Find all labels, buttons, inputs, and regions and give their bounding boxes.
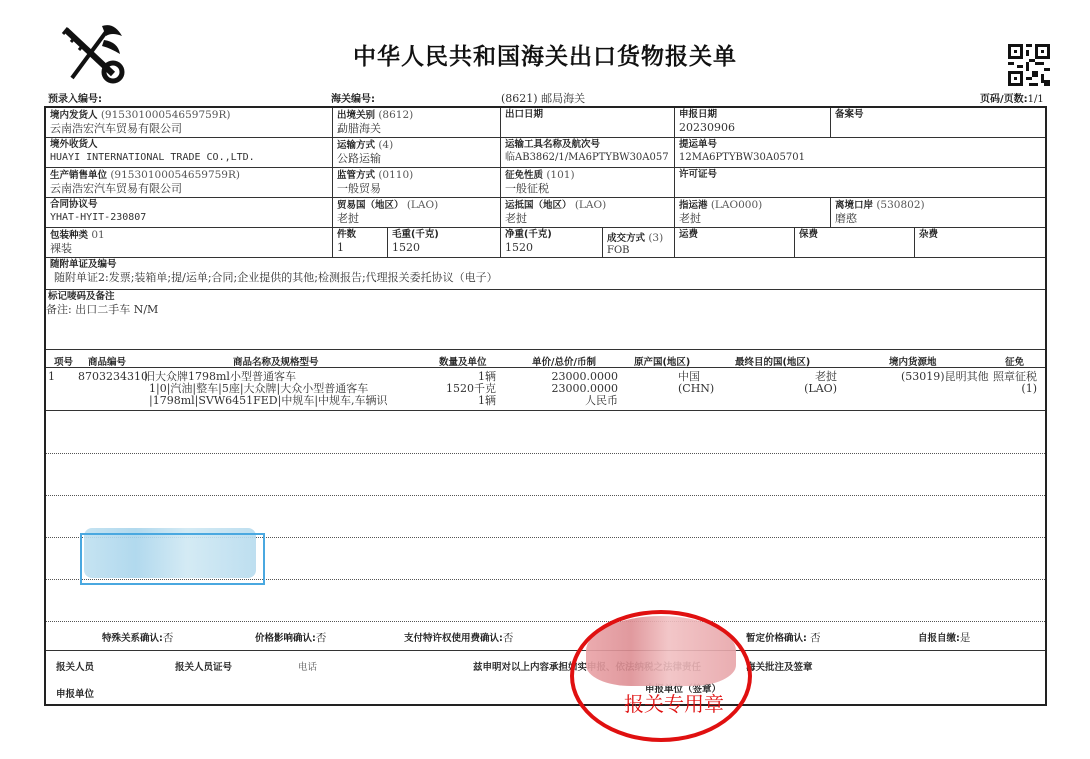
price-line: 人民币 — [585, 395, 618, 407]
goods-name-line: 旧大众牌1798ml小型普通客车 — [144, 371, 296, 383]
declare-unit-label: 申报单位 — [56, 686, 94, 700]
origin-line: 中国 — [678, 371, 700, 383]
field-pieces: 件数 1 — [333, 228, 388, 258]
field-misc-fee: 杂费 — [915, 228, 1045, 258]
field-tax-nature: 征免性质 (101) 一般征税 — [501, 168, 675, 198]
field-exit-port: 出境关别 (8612) 勐腊海关 — [333, 108, 501, 138]
qty-line: 1辆 — [478, 371, 496, 383]
document-title: 中华人民共和国海关出口货物报关单 — [0, 38, 1090, 71]
field-net-weight: 净重(千克) 1520 — [501, 228, 603, 258]
self-report-confirm: 自报自缴:是 — [918, 630, 970, 645]
declaration-form: 境内发货人 (91530100054659759R) 云南浩宏汽车贸易有限公司 … — [44, 106, 1047, 706]
col-hs-code: 商品编号 — [88, 354, 126, 368]
field-export-date: 出口日期 — [501, 108, 675, 138]
customs-office: (8621) 邮局海关 — [501, 90, 585, 106]
field-bill-no: 提运单号 12MA6PTYBW30A05701 — [675, 138, 1045, 168]
field-dest-port: 指运港 (LAO000) 老挝 — [675, 198, 831, 228]
qty-line: 1辆 — [478, 395, 496, 407]
red-seal-stamp — [570, 610, 752, 742]
hs-code: 8703234310 — [78, 371, 148, 383]
price-influence-confirm: 价格影响确认:否 — [255, 630, 326, 645]
field-dest-country: 运抵国（地区） (LAO) 老挝 — [501, 198, 675, 228]
col-origin: 原产国(地区) — [634, 354, 690, 368]
field-package-type: 包装种类 01 裸装 — [46, 228, 333, 258]
final-dest-line: (LAO) — [804, 383, 837, 395]
field-trade-country: 贸易国（地区） (LAO) 老挝 — [333, 198, 501, 228]
goods-name-line: |1798ml|SVW6451FED|中规车|中规车,车辆识 — [149, 395, 388, 407]
qty-line: 1520千克 — [446, 383, 496, 395]
field-license-no: 许可证号 — [675, 168, 1045, 198]
special-relation-confirm: 特殊关系确认:否 — [102, 630, 173, 645]
field-transport-tool: 运输工具名称及航次号 临AB3862/1/MA6PTYBW30A057 — [501, 138, 675, 168]
page-label: 页码/页数: — [980, 94, 1028, 105]
final-dest-line: 老挝 — [815, 371, 837, 383]
declarant-label: 报关人员 — [56, 659, 94, 673]
price-line: 23000.0000 — [552, 383, 618, 395]
field-record-no: 备案号 — [831, 108, 1045, 138]
field-marks: 标记唛码及备注 备注: 出口二手车 N/M — [46, 290, 1045, 350]
field-transaction: 成交方式 (3) FOB — [603, 228, 675, 258]
field-freight: 运费 — [675, 228, 795, 258]
col-final-dest: 最终目的国(地区) — [735, 354, 810, 368]
provisional-price-confirm: 暂定价格确认: 否 — [746, 630, 821, 645]
goods-name-line: 1|0|汽油|整车|5座|大众牌|大众小型普通客车 — [149, 383, 368, 395]
qr-code-icon — [1008, 44, 1050, 86]
field-overseas-consignee: 境外收货人 HUAYI INTERNATIONAL TRADE CO.,LTD. — [46, 138, 333, 168]
field-attached-docs: 随附单证及编号 随附单证2:发票;装箱单;提/运单;合同;企业提供的其他;检测报… — [46, 258, 1045, 290]
field-contract-no: 合同协议号 YHAT-HYIT-230807 — [46, 198, 333, 228]
col-exemption: 征免 — [1005, 354, 1024, 368]
col-price: 单价/总价/币制 — [532, 354, 596, 368]
exemption-line: (1) — [1021, 383, 1037, 395]
field-transport-mode: 运输方式 (4) 公路运输 — [333, 138, 501, 168]
field-declare-date: 申报日期 20230906 — [675, 108, 831, 138]
origin-line: (CHN) — [678, 383, 714, 395]
field-producer: 生产销售单位 (91530100054659759R) 云南浩宏汽车贸易有限公司 — [46, 168, 333, 198]
royalty-confirm: 支付特许权使用费确认:否 — [404, 630, 513, 645]
field-exit-station: 离境口岸 (530802) 磨憨 — [831, 198, 1045, 228]
customs-no-label: 海关编号: — [331, 90, 375, 105]
exemption-line: 照章征税 — [993, 371, 1037, 383]
customs-note-label: 海关批注及签章 — [746, 659, 813, 673]
pre-entry-no-label: 预录入编号: — [48, 90, 102, 105]
blue-stamp-frame — [80, 533, 265, 585]
page-value: 1/1 — [1028, 94, 1044, 105]
item-no: 1 — [48, 371, 55, 383]
col-source: 境内货源地 — [889, 354, 937, 368]
field-insurance: 保费 — [795, 228, 915, 258]
col-qty-unit: 数量及单位 — [439, 354, 487, 368]
page-indicator: 页码/页数:1/1 — [980, 90, 1044, 105]
field-domestic-shipper: 境内发货人 (91530100054659759R) 云南浩宏汽车贸易有限公司 — [46, 108, 333, 138]
field-supervision: 监管方式 (0110) 一般贸易 — [333, 168, 501, 198]
field-gross-weight: 毛重(千克) 1520 — [388, 228, 501, 258]
col-item-no: 项号 — [54, 354, 73, 368]
stamp-text: 报关专用章 — [624, 688, 724, 717]
price-line: 23000.0000 — [552, 371, 618, 383]
declarant-cert-label: 报关人员证号 — [175, 659, 232, 673]
phone-label: 电话 — [298, 659, 317, 673]
source-place: (53019)昆明其他 — [901, 371, 989, 383]
col-name-spec: 商品名称及规格型号 — [233, 354, 319, 368]
